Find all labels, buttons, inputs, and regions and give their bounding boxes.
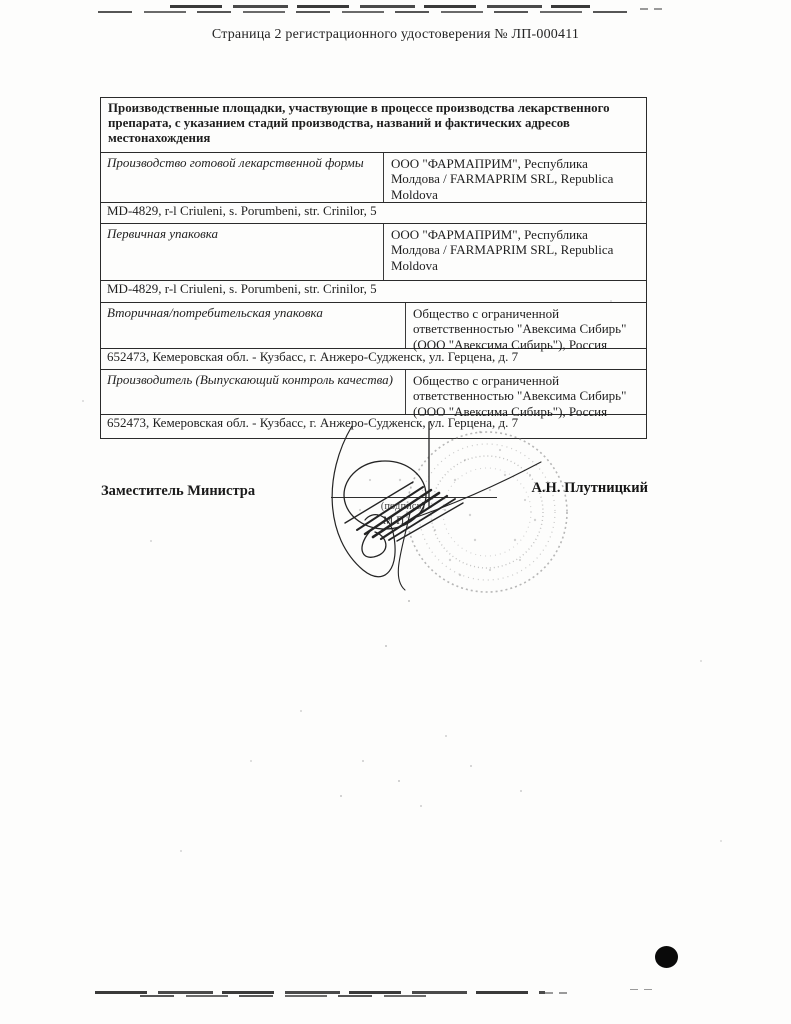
signature-line <box>331 497 497 498</box>
stage-row: Производство готовой лекарственной формы… <box>101 152 646 202</box>
scan-artifact-dashes-bottom-2 <box>630 989 652 990</box>
scan-artifact-dashes-bottom <box>545 992 567 994</box>
seal-place-caption: М.П. <box>383 515 407 527</box>
production-sites-table: Производственные площадки, участвующие в… <box>100 97 647 439</box>
scan-artifact-line-top-2 <box>98 11 628 13</box>
scan-artifact-dashes-top <box>640 8 668 10</box>
scan-artifact-line-bottom-2 <box>140 995 430 997</box>
scan-noise-specks <box>0 0 2 2</box>
seal-rings <box>407 432 567 592</box>
scan-artifact-line-bottom <box>95 991 545 994</box>
company-cell: Общество с ограниченной ответственностью… <box>406 370 646 414</box>
black-dot-mark <box>655 946 678 968</box>
stage-cell: Вторичная/потребительская упаковка <box>101 303 406 348</box>
table-header: Производственные площадки, участвующие в… <box>101 98 646 152</box>
signature-caption: (подпись) <box>360 501 446 512</box>
stage-row: Первичная упаковка ООО "ФАРМАПРИМ", Респ… <box>101 223 646 280</box>
page-title: Страница 2 регистрационного удостоверени… <box>0 27 791 43</box>
address-row: MD-4829, r-l Criuleni, s. Porumbeni, str… <box>101 280 646 302</box>
stage-cell: Производитель (Выпускающий контроль каче… <box>101 370 406 414</box>
stage-row: Вторичная/потребительская упаковка Общес… <box>101 302 646 348</box>
round-seal-icon <box>315 420 605 690</box>
scan-artifact-line-top <box>170 5 590 8</box>
company-cell: ООО "ФАРМАПРИМ", Республика Молдова / FA… <box>384 153 646 202</box>
stage-row: Производитель (Выпускающий контроль каче… <box>101 369 646 414</box>
company-cell: Общество с ограниченной ответственностью… <box>406 303 646 348</box>
company-cell: ООО "ФАРМАПРИМ", Республика Молдова / FA… <box>384 224 646 280</box>
stage-cell: Производство готовой лекарственной формы <box>101 153 384 202</box>
stage-cell: Первичная упаковка <box>101 224 384 280</box>
signatory-title: Заместитель Министра <box>101 483 255 500</box>
signatory-name: А.Н. Плутницкий <box>480 480 648 497</box>
scanned-document-page: Страница 2 регистрационного удостоверени… <box>0 0 791 1024</box>
address-row: MD-4829, r-l Criuleni, s. Porumbeni, str… <box>101 202 646 223</box>
